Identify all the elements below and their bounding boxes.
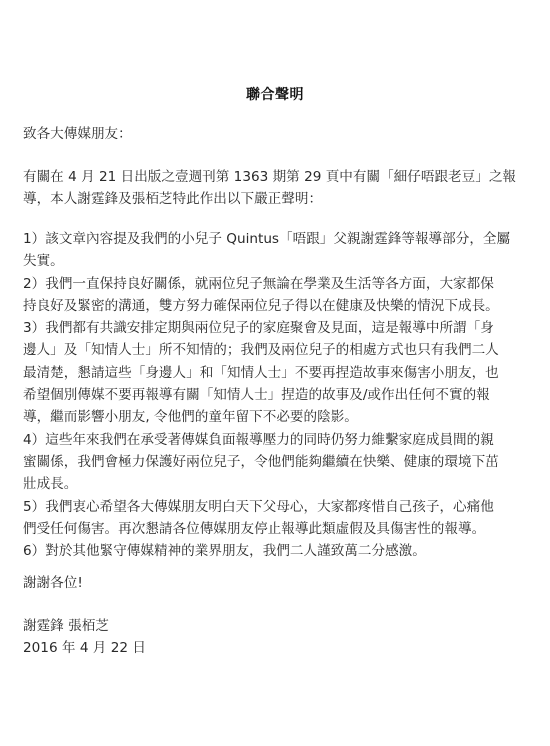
point-line: 3）我們都有共識安排定期與兩位兒子的家庭聚會及見面，這是報導中所謂「身 [23, 317, 533, 339]
statement-date: 2016 年 4 月 22 日 [23, 637, 533, 659]
point-line: 5）我們衷心希望各大傳媒朋友明白天下父母心，大家都疼惜自己孩子，心痛他 [23, 496, 533, 518]
point-line: 蜜關係，我們會極力保護好兩位兒子，令他們能夠繼續在快樂、健康的環境下茁 [23, 451, 533, 473]
point-line: 最清楚，懇請這些「身邊人」和「知情人士」不要再捏造故事來傷害小朋友，也 [23, 362, 533, 384]
point-1: 1）該文章內容提及我們的小兒子 Quintus「唔跟」父親謝霆鋒等報導部分，全屬… [23, 228, 533, 273]
point-4: 4）這些年來我們在承受著傳媒負面報導壓力的同時仍努力維繫家庭成員間的親 蜜關係，… [23, 429, 533, 496]
intro-line: 導，本人謝霆鋒及張栢芝特此作出以下嚴正聲明： [23, 188, 533, 210]
statement-page: 聯合聲明 致各大傳媒朋友： 有關在 4 月 21 日出版之壹週刊第 1363 期… [0, 0, 550, 746]
point-line: 失實。 [23, 250, 533, 272]
point-line: 希望個別傳媒不要再報導有關「知情人士」捏造的故事及/或作出任何不實的報 [23, 384, 533, 406]
signers: 謝霆鋒 張栢芝 [23, 615, 533, 637]
intro-line: 有關在 4 月 21 日出版之壹週刊第 1363 期第 29 頁中有關「細仔唔跟… [23, 166, 533, 188]
closing-thanks: 謝謝各位! [23, 572, 533, 594]
point-3: 3）我們都有共識安排定期與兩位兒子的家庭聚會及見面，這是報導中所謂「身 邊人」及… [23, 317, 533, 428]
point-line: 導，繼而影響小朋友, 令他們的童年留下不必要的陰影。 [23, 406, 533, 428]
point-line: 邊人」及「知情人士」所不知情的；我們及兩位兒子的相處方式也只有我們二人 [23, 339, 533, 361]
point-2: 2）我們一直保持良好關係，就兩位兒子無論在學業及生活等各方面，大家都保 持良好及… [23, 273, 533, 318]
document-title: 聯合聲明 [0, 84, 550, 104]
point-line: 6）對於其他緊守傳媒精神的業界朋友，我們二人謹致萬二分感激。 [23, 540, 533, 562]
intro-paragraph: 有關在 4 月 21 日出版之壹週刊第 1363 期第 29 頁中有關「細仔唔跟… [23, 166, 533, 211]
point-line: 2）我們一直保持良好關係，就兩位兒子無論在學業及生活等各方面，大家都保 [23, 273, 533, 295]
point-line: 壯成長。 [23, 473, 533, 495]
point-line: 們受任何傷害。再次懇請各位傳媒朋友停止報導此類虛假及具傷害性的報導。 [23, 518, 533, 540]
statement-points: 1）該文章內容提及我們的小兒子 Quintus「唔跟」父親謝霆鋒等報導部分，全屬… [23, 228, 533, 562]
salutation: 致各大傳媒朋友： [23, 123, 533, 145]
point-5: 5）我們衷心希望各大傳媒朋友明白天下父母心，大家都疼惜自己孩子，心痛他 們受任何… [23, 496, 533, 541]
point-line: 1）該文章內容提及我們的小兒子 Quintus「唔跟」父親謝霆鋒等報導部分，全屬 [23, 228, 533, 250]
point-6: 6）對於其他緊守傳媒精神的業界朋友，我們二人謹致萬二分感激。 [23, 540, 533, 562]
point-line: 持良好及緊密的溝通，雙方努力確保兩位兒子得以在健康及快樂的情況下成長。 [23, 295, 533, 317]
point-line: 4）這些年來我們在承受著傳媒負面報導壓力的同時仍努力維繫家庭成員間的親 [23, 429, 533, 451]
